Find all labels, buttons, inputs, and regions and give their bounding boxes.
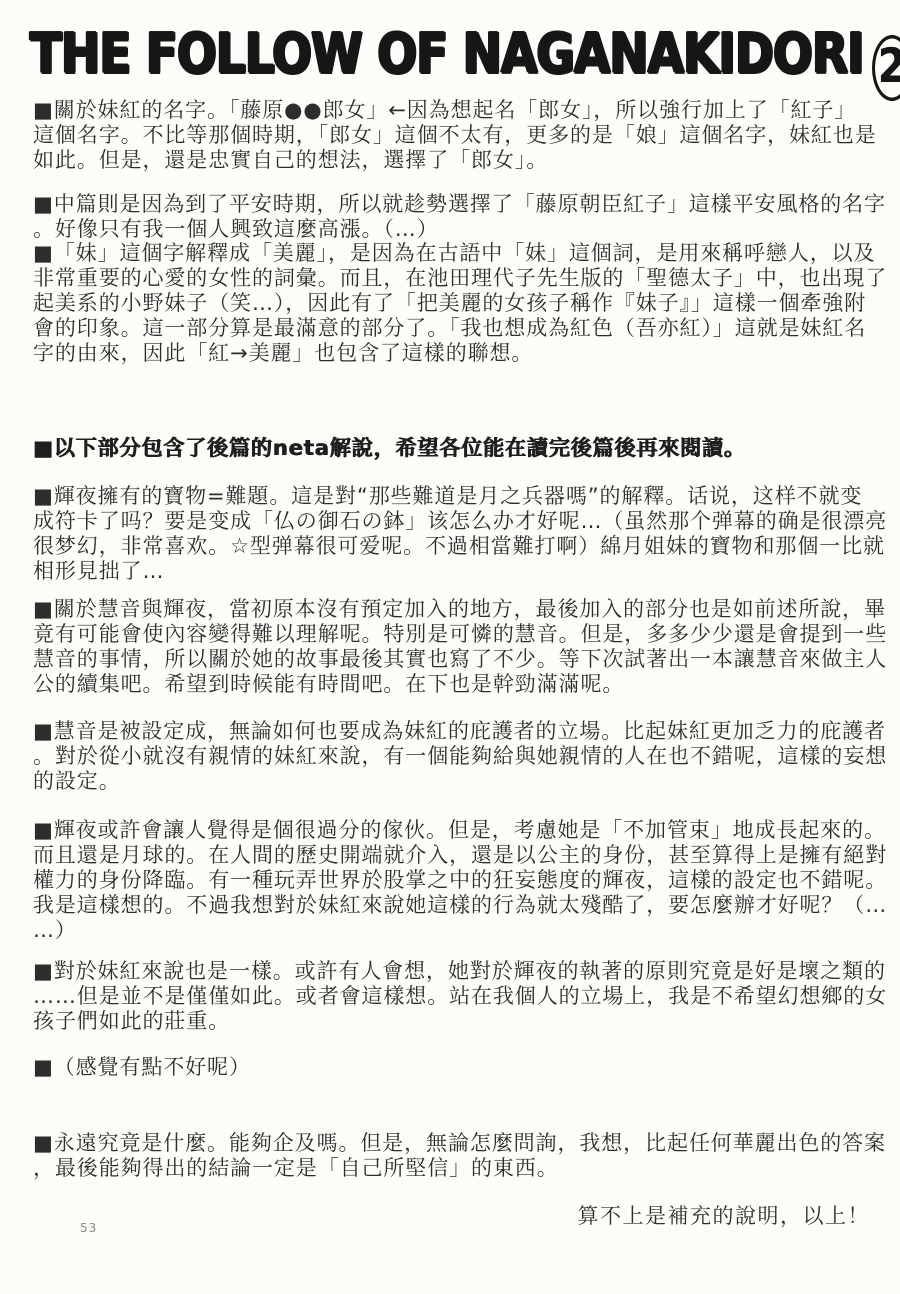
text-line: 字的由來，因此「紅→美麗」也包含了這樣的聯想。 [33,341,881,366]
text-line: 成符卡了吗？要是变成「仏の御石の鉢」该怎么办才好呢…（虽然那个弹幕的确是很漂亮 [33,509,881,534]
text-line: ■「妹」這個字解釋成「美麗」，是因為在古語中「妹」這個詞，是用來稱呼戀人，以及 [33,241,881,266]
page-number: 53 [80,1221,97,1235]
heading-neta-notice: ■以下部分包含了後篇的neta解說，希望各位能在讀完後篇後再來閱讀。 [33,436,881,461]
text-line: …） [33,918,881,943]
paragraph-aside: ■（感覺有點不好呢） [33,1055,881,1080]
text-line: ■關於慧音與輝夜，當初原本沒有預定加入的地方，最後加入的部分也是如前述所說，畢 [33,597,881,622]
text-line: 這個名字。不比等那個時期，「郎女」這個不太有，更多的是「娘」這個名字，妹紅也是 [33,123,881,148]
title-number-text: 2 [878,40,900,94]
text-line: ■對於妹紅來說也是一樣。或許有人會想，她對於輝夜的執著的原則究竟是好是壞之類的 [33,959,881,984]
paragraph-heian-name: ■中篇則是因為到了平安時期，所以就趁勢選擇了「藤原朝臣紅子」這樣平安風格的名字 … [33,192,881,242]
title-circled-number: 2 [872,35,900,101]
paragraph-kaguya-character: ■輝夜或許會讓人覺得是個很過分的傢伙。但是，考慮她是「不加管束」地成長起來的。 … [33,818,881,943]
text-line: 竟有可能會使內容變得難以理解呢。特別是可憐的慧音。但是，多多少少還是會提到一些 [33,622,881,647]
text-line: ……但是並不是僅僅如此。或者會這樣想。站在我個人的立場上，我是不希望幻想鄉的女 [33,984,881,1009]
text-line: 而且還是月球的。在人間的歷史開端就介入，還是以公主的身份，甚至算得上是擁有絕對 [33,843,881,868]
text-line: ■關於妹紅的名字。「藤原●●郎女」←因為想起名「郎女」，所以強行加上了「紅子」 [33,98,881,123]
text-line: ■（感覺有點不好呢） [33,1055,881,1080]
text-line: 起美系的小野妹子（笑…），因此有了「把美麗的女孩子稱作『妹子』」這樣一個牽強附 [33,291,881,316]
paragraph-eternity: ■永遠究竟是什麼。能夠企及嗎。但是，無論怎麼問詢，我想，比起任何華麗出色的答案 … [33,1131,881,1181]
text-line: ■慧音是被設定成，無論如何也要成為妹紅的庇護者的立場。比起妹紅更加乏力的庇護者 [33,719,881,744]
text-line: ■以下部分包含了後篇的neta解說，希望各位能在讀完後篇後再來閱讀。 [33,436,881,461]
paragraph-keine-role: ■慧音是被設定成，無論如何也要成為妹紅的庇護者的立場。比起妹紅更加乏力的庇護者 … [33,719,881,794]
scanned-afterword-page: THE FOLLOW OF NAGANAKIDORI2 ■關於妹紅的名字。「藤原… [0,0,900,1294]
paragraph-mokou-name: ■關於妹紅的名字。「藤原●●郎女」←因為想起名「郎女」，所以強行加上了「紅子」 … [33,98,881,173]
page-title-text: THE FOLLOW OF NAGANAKIDORI [30,22,864,87]
paragraph-keine-kaguya: ■關於慧音與輝夜，當初原本沒有預定加入的地方，最後加入的部分也是如前述所說，畢 … [33,597,881,697]
text-line: 的設定。 [33,769,881,794]
text-line: 孩子們如此的莊重。 [33,1009,881,1034]
text-line: ，最後能夠得出的結論一定是「自己所堅信」的東西。 [33,1156,881,1181]
text-line: ■輝夜或許會讓人覺得是個很過分的傢伙。但是，考慮她是「不加管束」地成長起來的。 [33,818,881,843]
text-line: 權力的身份降臨。有一種玩弄世界於股掌之中的狂妄態度的輝夜，這樣的設定也不錯呢。 [33,868,881,893]
text-line: ■輝夜擁有的寶物=難題。這是對“那些難道是月之兵器嗎”的解釋。话说，这样不就变 [33,484,881,509]
text-line: 。對於從小就沒有親情的妹紅來說，有一個能夠給與她親情的人在也不錯呢，這樣的妄想 [33,744,881,769]
closing-note: 算不上是補充的說明，以上！ [578,1200,871,1230]
text-line: ■中篇則是因為到了平安時期，所以就趁勢選擇了「藤原朝臣紅子」這樣平安風格的名字 [33,192,881,217]
text-line: 慧音的事情，所以關於她的故事最後其實也寫了不少。等下次試著出一本讓慧音來做主人 [33,647,881,672]
text-line: 如此。但是，還是忠實自己的想法，選擇了「郎女」。 [33,148,881,173]
paragraph-kaguya-treasures: ■輝夜擁有的寶物=難題。這是對“那些難道是月之兵器嗎”的解釋。话说，这样不就变 … [33,484,881,584]
text-line: 很梦幻，非常喜欢。☆型弹幕很可爱呢。不過相當難打啊）綿月姐妹的寶物和那個一比就 [33,534,881,559]
text-line: 非常重要的心愛的女性的詞彙。而且，在池田理代子先生版的「聖德太子」中，也出現了 [33,266,881,291]
text-line: 會的印象。這一部分算是最滿意的部分了。「我也想成為紅色（吾亦紅）」這就是妹紅名 [33,316,881,341]
text-line: 我是這樣想的。不過我想對於妹紅來說她這樣的行為就太殘酷了，要怎麼辦才好呢？（… [33,893,881,918]
text-line: 公的續集吧。希望到時候能有時間吧。在下也是幹勁滿滿呢。 [33,672,881,697]
text-line: 。好像只有我一個人興致這麼高漲。（…） [33,217,881,242]
paragraph-mokou-principle: ■對於妹紅來說也是一樣。或許有人會想，她對於輝夜的執著的原則究竟是好是壞之類的 … [33,959,881,1034]
paragraph-imo-meaning: ■「妹」這個字解釋成「美麗」，是因為在古語中「妹」這個詞，是用來稱呼戀人，以及 … [33,241,881,366]
page-title: THE FOLLOW OF NAGANAKIDORI2 [30,22,900,101]
text-line: ■永遠究竟是什麼。能夠企及嗎。但是，無論怎麼問詢，我想，比起任何華麗出色的答案 [33,1131,881,1156]
text-line: 相形見拙了… [33,559,881,584]
